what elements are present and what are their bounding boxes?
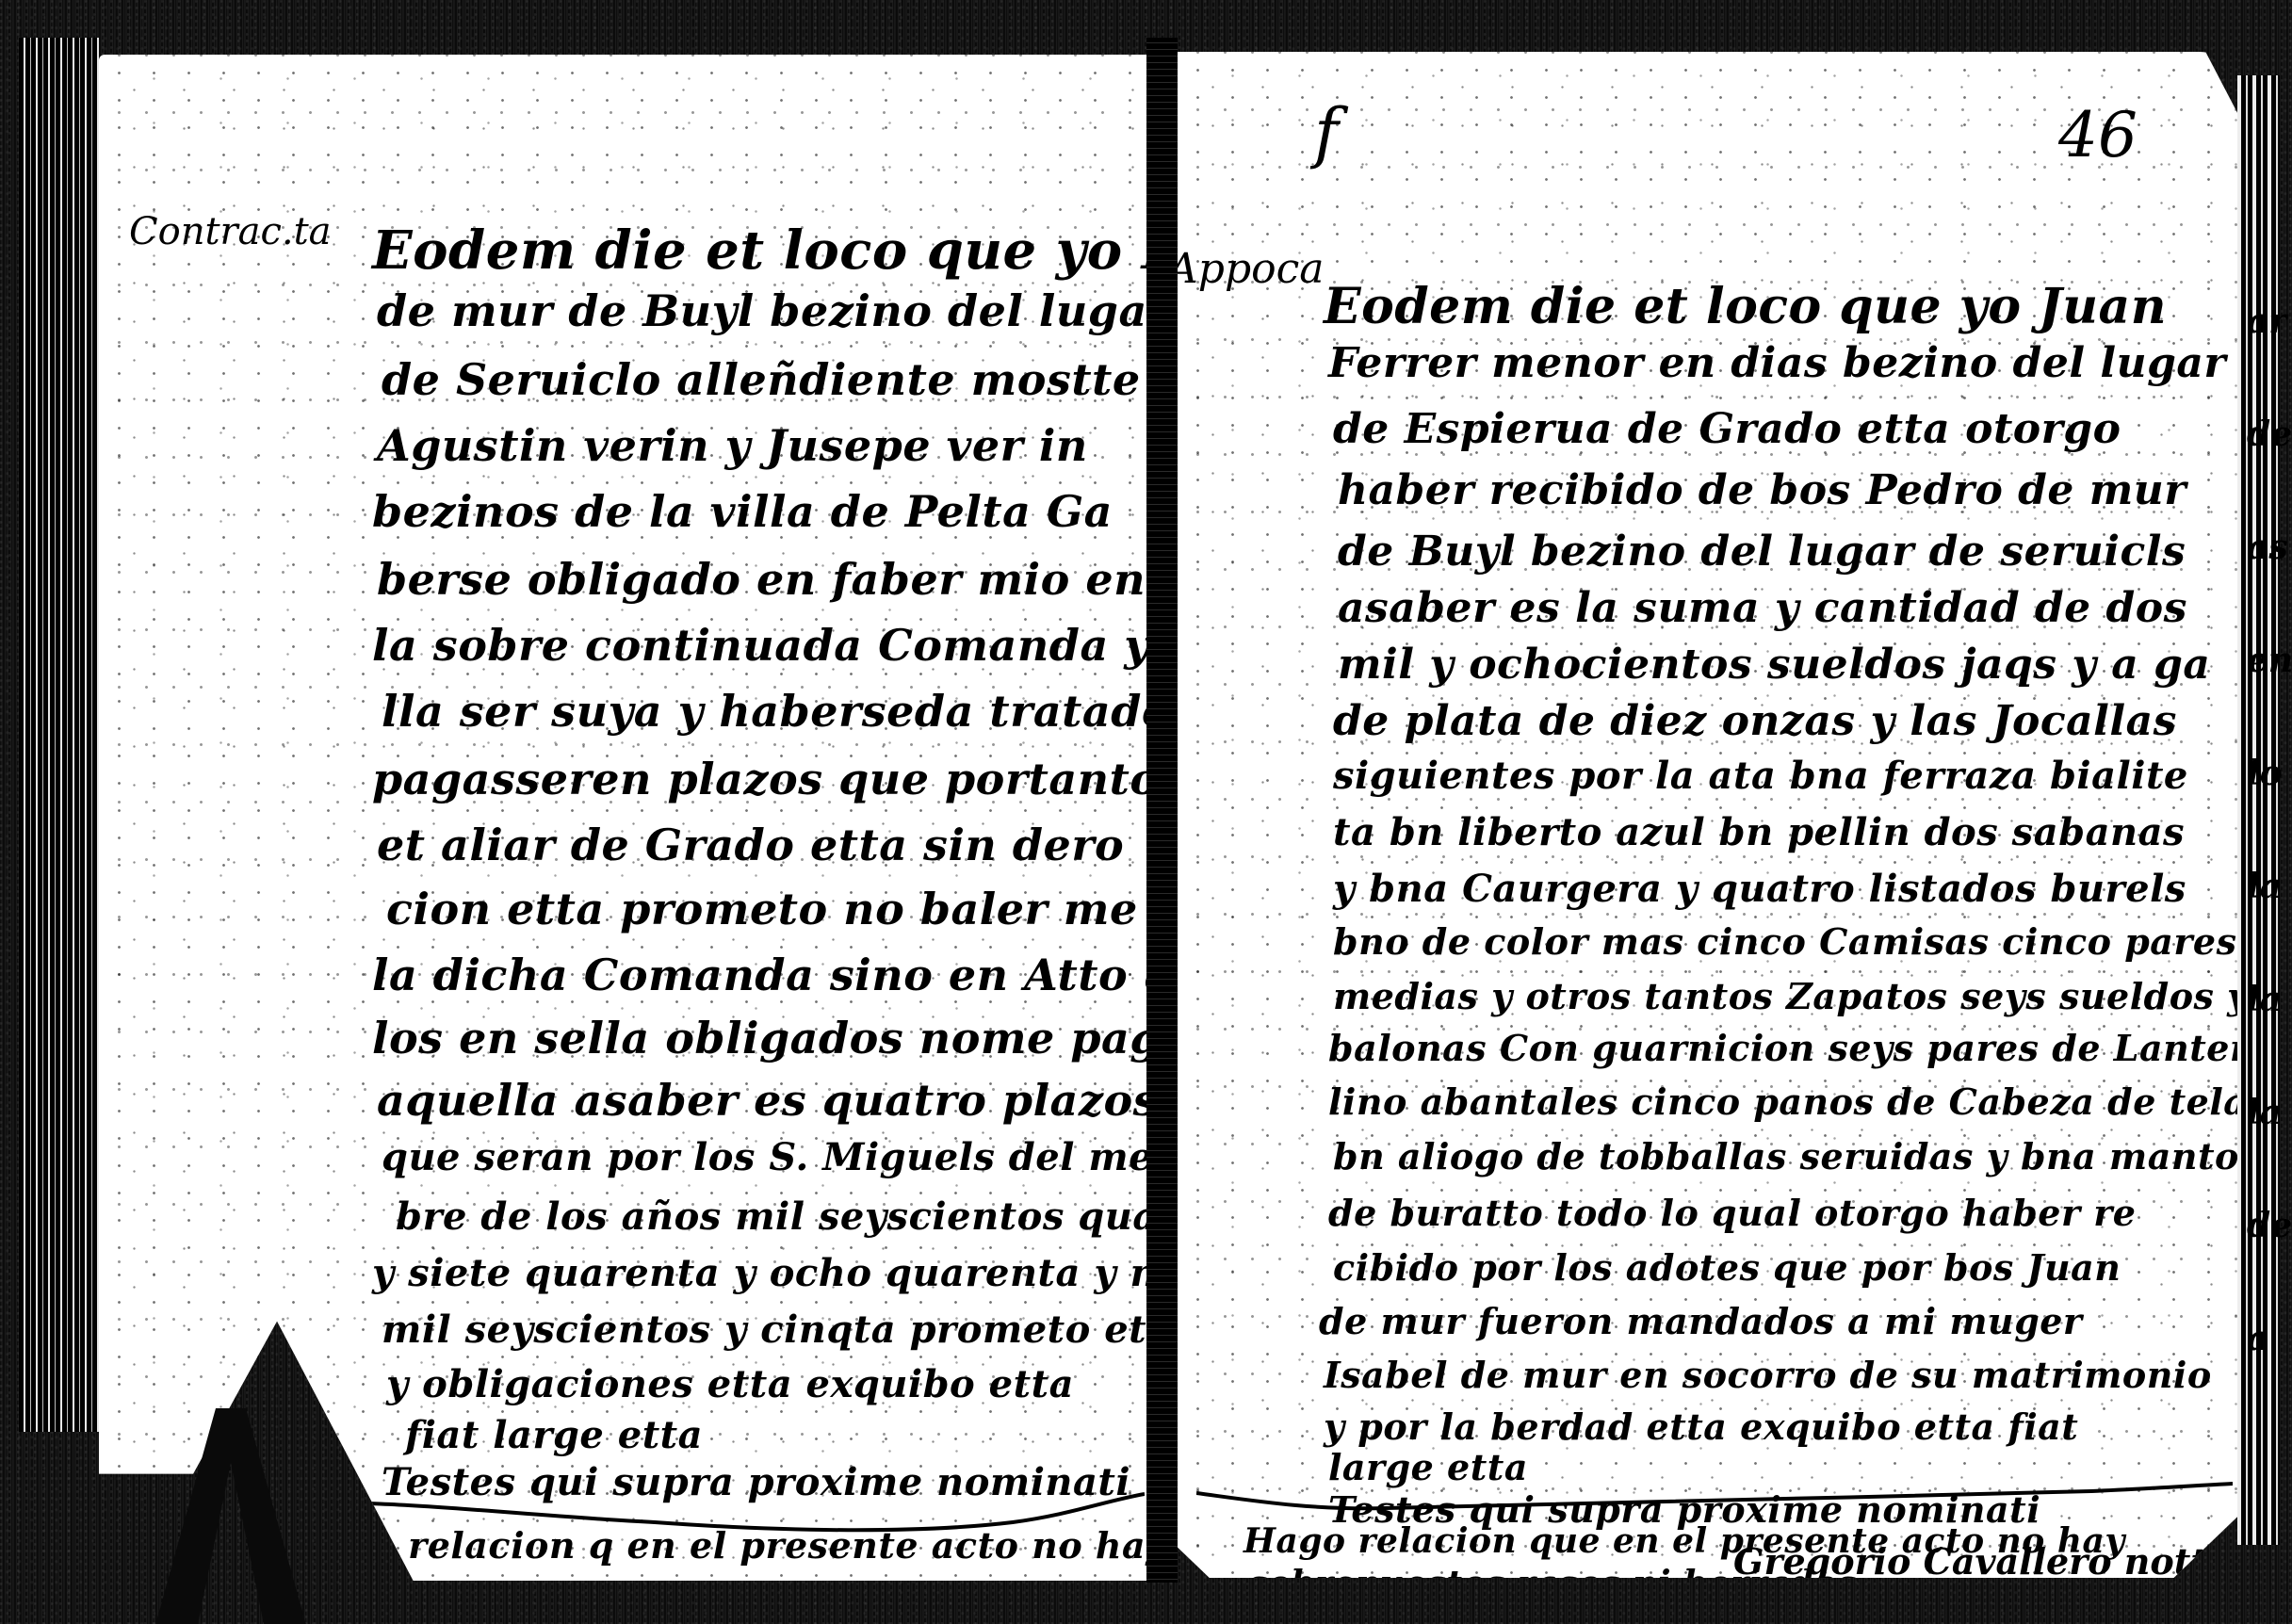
text-line: de Seruiclo alleñdiente mostte [382,354,1141,405]
fragment: la [2247,1093,2282,1132]
text-line: medias y otros tantos Zapatos seys sueld… [1333,975,2237,1017]
text-line: mil y ochocientos sueldos jaqs y a ga [1338,641,2210,689]
scan-background: Contrac.ta Eodem die et loco que yo Pedr… [0,0,2292,1624]
text-line: y obligaciones etta exquibo etta [386,1362,1074,1406]
text-line: asaber es la suma y cantidad de dos [1338,584,2187,632]
text-line: ta bn liberto azul bn pellin dos sabanas [1333,810,2185,854]
book-gutter [1146,38,1178,1583]
text-line: de Espierua de Grado etta otorgo [1333,405,2121,453]
text-line: Ferrer menor en dias bezino del lugar [1328,339,2226,387]
folio-number: 46 [2058,99,2138,171]
text-line: berse obligado en faber mio en [377,554,1146,605]
text-line: siguientes por la ata bna ferraza bialit… [1333,754,2188,798]
text-line: de buratto todo lo qual otorgo haber re [1328,1192,2136,1234]
fragment: la [2247,867,2282,906]
text-line: los en sella obligados nome pague [372,1013,1146,1064]
fragment: de [2247,414,2292,454]
left-margin-note: Contrac.ta [129,210,332,253]
text-line: bno de color mas cinco Camisas cinco par… [1333,920,2237,963]
text-line: balonas Con guarnicion seys pares de Lan… [1328,1027,2237,1069]
text-line: la sobre continuada Comanda y a [372,620,1146,671]
fragment: ar [2247,301,2286,341]
text-line: y bna Caurgera y quatro listados burels [1333,867,2186,911]
fragment: de [2247,1206,2292,1245]
notary-signature: Gregorio Cavallero nott [1733,1540,2207,1578]
fragment: en [2247,641,2292,680]
text-line: fiat large etta [405,1413,703,1457]
footer-line: Hago relacion q en el presente acto no h… [287,1524,1146,1567]
top-mark: f [1314,94,1339,171]
text-line: lino abantales cinco panos de Cabeza de … [1328,1080,2237,1123]
text-line: y por la berdad etta exquibo etta fiat [1324,1405,2078,1448]
text-line: et aliar de Grado etta sin dero [377,820,1124,870]
text-line: aquella asaber es quatro plazos igu [377,1075,1146,1126]
text-line: bn aliogo de tobballas seruidas y bna ma… [1333,1135,2237,1177]
fragment: lo [2247,754,2283,793]
next-page-fragments: ar de as en lo la la la de a [2247,283,2292,1413]
right-margin-note: Appoca [1178,245,1324,293]
fragment: as [2247,528,2288,567]
text-line: y siete quarenta y ocho quarenta y nueve… [372,1251,1146,1295]
text-line: haber recibido de bos Pedro de mur [1338,466,2186,514]
text-line: cion etta prometo no baler me de [386,884,1146,934]
text-line: Eodem die et loco que yo Pedro [372,219,1146,282]
text-line: Isabel de mur en socorro de su matrimoni… [1324,1354,2212,1396]
text-line: que seran por los S. Miguels del mes de … [382,1135,1146,1179]
text-line: cibido por los adotes que por bos Juan [1333,1246,2121,1289]
right-page: 46 f Appoca Eodem die et loco que yo Jua… [1178,52,2237,1578]
text-line: de Buyl bezino del lugar de seruicls [1338,528,2186,576]
footer-line: sobrepuestos rasos ni borrados, Gregorio… [287,1576,1146,1581]
text-line: de mur fueron mandados a mi muger [1319,1300,2082,1342]
text-line: bezinos de la villa de Pelta Ga [372,486,1113,537]
text-line: de plata de diez onzas y las Jocallas [1333,697,2177,745]
text-line: la dicha Comanda sino en Atto que [372,950,1146,1000]
text-line: mil seyscientos y cinqta prometo etta [382,1307,1146,1352]
fragment: a [2247,1319,2268,1358]
left-page: Contrac.ta Eodem die et loco que yo Pedr… [99,55,1146,1581]
text-line: pagasseren plazos que portanto [372,754,1146,804]
text-line: Agustin verin y Jusepe ver in [377,420,1088,471]
text-line: lla ser suya y haberseda tratado la [382,686,1146,737]
text-line: de mur de Buyl bezino del lugar [377,285,1146,336]
text-line: Eodem die et loco que yo Juan [1324,278,2167,335]
left-page-edges [19,38,99,1432]
text-line: bre de los años mil seyscientos quarenta [396,1194,1146,1239]
fragment: la [2247,980,2282,1019]
